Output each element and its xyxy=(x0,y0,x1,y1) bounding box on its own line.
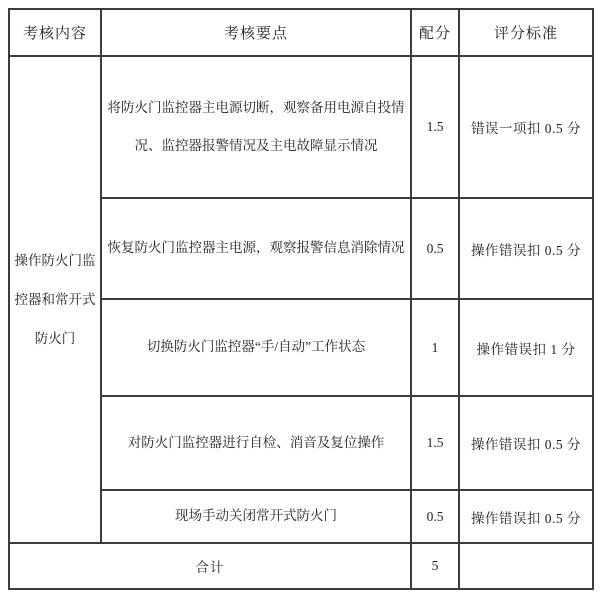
header-assessment-points: 考核要点 xyxy=(101,9,411,56)
standard-cell: 操作错误扣 0.5 分 xyxy=(459,198,593,299)
document-page: 考核内容 考核要点 配分 评分标准 操作防火门监控器和常开式防火门 将防火门监控… xyxy=(0,0,600,600)
assessment-score-table: 考核内容 考核要点 配分 评分标准 操作防火门监控器和常开式防火门 将防火门监控… xyxy=(8,8,594,590)
header-scoring-standard: 评分标准 xyxy=(459,9,593,56)
point-cell: 将防火门监控器主电源切断，观察备用电源自投情况、监控器报警情况及主电故障显示情况 xyxy=(101,56,411,198)
total-standard-cell xyxy=(459,543,593,589)
standard-cell: 操作错误扣 0.5 分 xyxy=(459,490,593,543)
point-cell: 恢复防火门监控器主电源，观察报警信息消除情况 xyxy=(101,198,411,299)
score-cell: 1 xyxy=(411,299,459,396)
point-cell: 切换防火门监控器“手/自动”工作状态 xyxy=(101,299,411,396)
score-cell: 0.5 xyxy=(411,198,459,299)
header-assessment-content: 考核内容 xyxy=(9,9,101,56)
category-cell: 操作防火门监控器和常开式防火门 xyxy=(9,56,101,543)
total-label-cell: 合计 xyxy=(9,543,411,589)
score-cell: 1.5 xyxy=(411,56,459,198)
total-score-cell: 5 xyxy=(411,543,459,589)
total-row: 合计 5 xyxy=(9,543,593,589)
score-cell: 0.5 xyxy=(411,490,459,543)
standard-cell: 操作错误扣 0.5 分 xyxy=(459,396,593,490)
standard-cell: 操作错误扣 1 分 xyxy=(459,299,593,396)
point-cell: 对防火门监控器进行自检、消音及复位操作 xyxy=(101,396,411,490)
table-row: 操作防火门监控器和常开式防火门 将防火门监控器主电源切断，观察备用电源自投情况、… xyxy=(9,56,593,198)
point-cell: 现场手动关闭常开式防火门 xyxy=(101,490,411,543)
header-score-allocation: 配分 xyxy=(411,9,459,56)
table-header-row: 考核内容 考核要点 配分 评分标准 xyxy=(9,9,593,56)
standard-cell: 错误一项扣 0.5 分 xyxy=(459,56,593,198)
score-cell: 1.5 xyxy=(411,396,459,490)
